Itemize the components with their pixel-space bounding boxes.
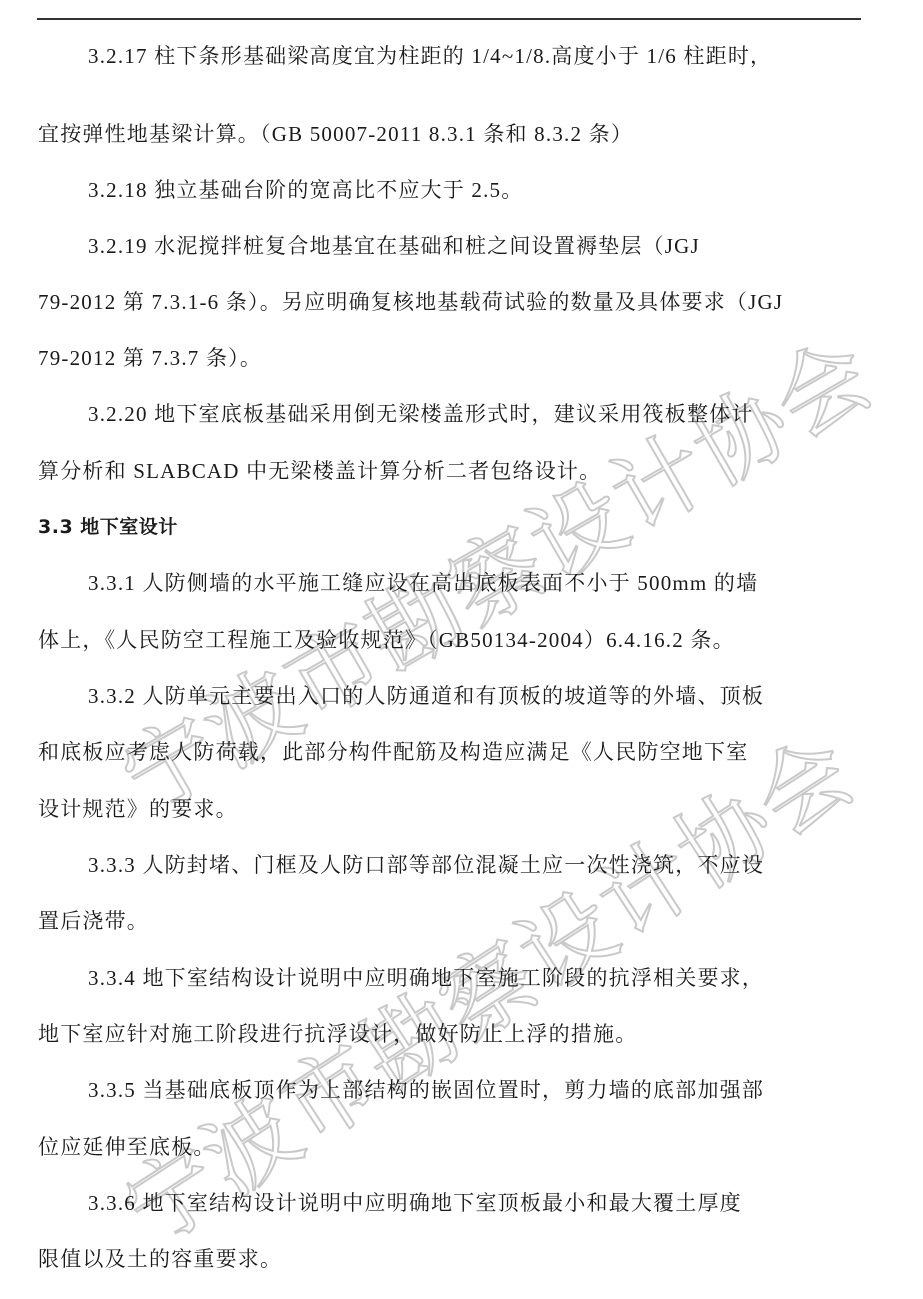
paragraph-3-3-2-line-3: 设计规范》的要求。 [38, 795, 238, 823]
paragraph-3-2-18: 3.2.18 独立基础台阶的宽高比不应大于 2.5。 [88, 176, 523, 204]
paragraph-3-2-20-line-2: 算分析和 SLABCAD 中无梁楼盖计算分析二者包络设计。 [38, 457, 601, 485]
paragraph-3-3-2-line-1: 3.3.2 人防单元主要出入口的人防通道和有顶板的坡道等的外墙、顶板 [88, 682, 764, 710]
paragraph-3-2-17-line-1: 3.2.17 柱下条形基础梁高度宜为柱距的 1/4~1/8.高度小于 1/6 柱… [88, 42, 772, 70]
paragraph-3-3-1-line-1: 3.3.1 人防侧墙的水平施工缝应设在高出底板表面不小于 500mm 的墙 [88, 569, 758, 597]
paragraph-3-2-19-line-3: 79-2012 第 7.3.7 条）。 [38, 344, 262, 372]
paragraph-3-2-19-line-1: 3.2.19 水泥搅拌桩复合地基宜在基础和桩之间设置褥垫层（JGJ [88, 232, 700, 260]
paragraph-3-3-3-line-2: 置后浇带。 [38, 907, 149, 935]
paragraph-3-3-4-line-1: 3.3.4 地下室结构设计说明中应明确地下室施工阶段的抗浮相关要求， [88, 964, 764, 992]
paragraph-3-3-2-line-2: 和底板应考虑人防荷载，此部分构件配筋及构造应满足《人民防空地下室 [38, 738, 748, 766]
paragraph-3-2-19-line-2: 79-2012 第 7.3.1-6 条）。另应明确复核地基载荷试验的数量及具体要… [38, 288, 783, 316]
section-heading-3-3: 3.3 地下室设计 [38, 513, 178, 541]
header-rule [37, 18, 861, 20]
paragraph-3-3-6-line-2: 限值以及土的容重要求。 [38, 1245, 282, 1273]
paragraph-3-3-5-line-2: 位应延伸至底板。 [38, 1133, 216, 1161]
paragraph-3-3-5-line-1: 3.3.5 当基础底板顶作为上部结构的嵌固位置时，剪力墙的底部加强部 [88, 1076, 764, 1104]
paragraph-3-3-3-line-1: 3.3.3 人防封堵、门框及人防口部等部位混凝土应一次性浇筑，不应设 [88, 851, 764, 879]
paragraph-3-3-1-line-2: 体上，《人民防空工程施工及验收规范》（GB50134-2004）6.4.16.2… [38, 626, 735, 654]
paragraph-3-2-20-line-1: 3.2.20 地下室底板基础采用倒无梁楼盖形式时，建议采用筏板整体计 [88, 400, 754, 428]
paragraph-3-3-6-line-1: 3.3.6 地下室结构设计说明中应明确地下室顶板最小和最大覆土厚度 [88, 1189, 742, 1217]
paragraph-3-2-17-line-2: 宜按弹性地基梁计算。（GB 50007-2011 8.3.1 条和 8.3.2 … [38, 120, 633, 148]
paragraph-3-3-4-line-2: 地下室应针对施工阶段进行抗浮设计，做好防止上浮的措施。 [38, 1020, 637, 1048]
